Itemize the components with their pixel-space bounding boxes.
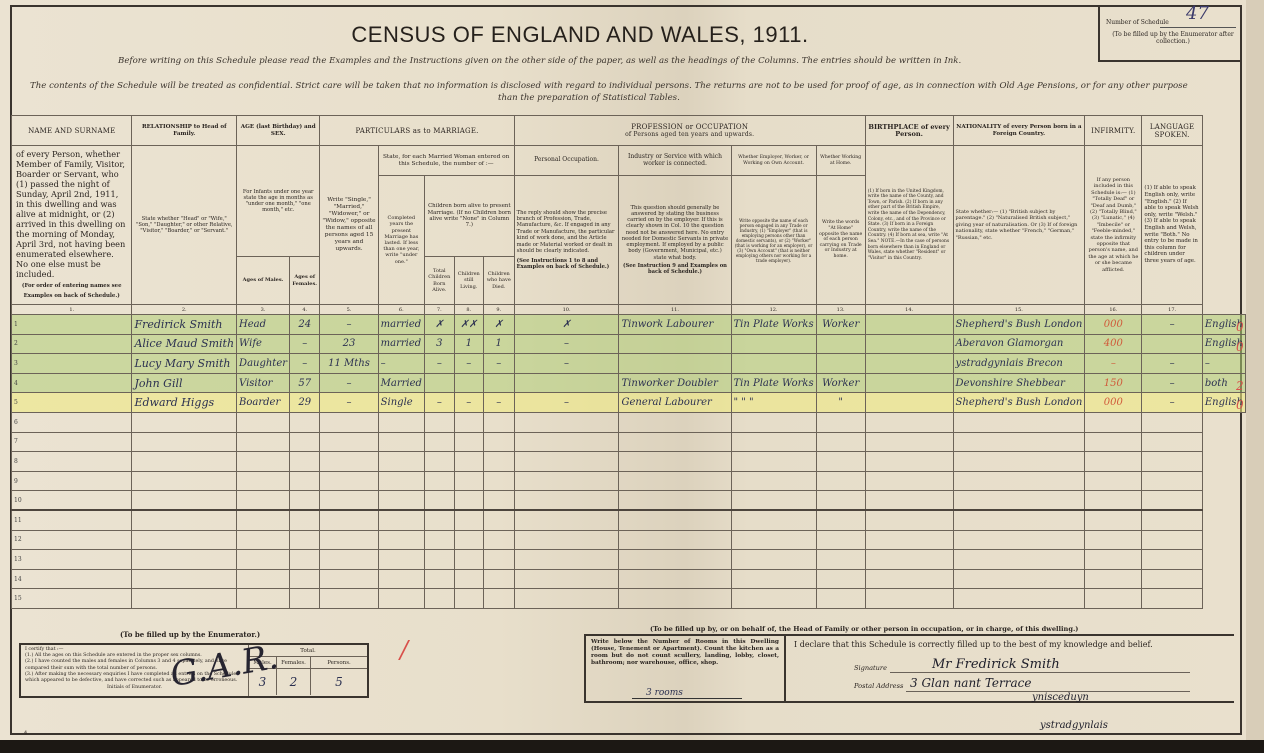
children-born: – — [454, 393, 483, 413]
empty-cell — [1142, 569, 1203, 589]
empty-cell — [1142, 589, 1203, 609]
column-number: 17. — [1142, 305, 1203, 315]
empty-cell — [865, 550, 953, 570]
row-number: 13 — [12, 550, 132, 570]
empty-cell — [731, 432, 816, 452]
row-number: 2 — [12, 334, 132, 354]
age-male: 24 — [290, 315, 320, 335]
empty-cell — [378, 589, 424, 609]
children-died-header: Children who have Died. — [483, 257, 514, 305]
empty-cell — [731, 530, 816, 550]
years-married — [424, 373, 454, 393]
empty-cell — [1085, 471, 1142, 491]
empty-cell — [619, 432, 731, 452]
empty-cell — [619, 569, 731, 589]
persons-total-label: Persons. — [311, 657, 367, 668]
table-row: 7 — [12, 432, 1246, 452]
empty-cell — [320, 589, 378, 609]
empty-cell — [514, 412, 619, 432]
column-number: 1. — [12, 305, 132, 315]
empty-cell — [132, 452, 237, 472]
row-number: 3 — [12, 354, 132, 374]
scan-background — [0, 740, 1264, 753]
empty-cell — [237, 589, 290, 609]
industry — [731, 354, 816, 374]
empty-cell — [953, 530, 1085, 550]
relationship: Visitor — [237, 373, 290, 393]
males-header: Ages of Males. — [237, 257, 290, 305]
empty-cell — [731, 471, 816, 491]
empty-cell — [320, 412, 378, 432]
empty-cell — [619, 491, 731, 511]
empty-cell — [1142, 550, 1203, 570]
column-number: 4. — [290, 305, 320, 315]
nationality: – — [1085, 354, 1142, 374]
empty-cell — [1085, 452, 1142, 472]
empty-cell — [132, 569, 237, 589]
empty-cell — [237, 412, 290, 432]
marital-status: Single — [378, 393, 424, 413]
empty-cell — [816, 412, 865, 432]
empty-cell — [953, 491, 1085, 511]
empty-cell — [132, 432, 237, 452]
total-children-header: Total Children Born Alive. — [424, 257, 454, 305]
header-age: AGE (last Birthday) and SEX. — [237, 116, 320, 146]
empty-cell — [378, 550, 424, 570]
empty-cell — [514, 530, 619, 550]
empty-cell — [953, 471, 1085, 491]
occupation-subtitle: of Persons aged ten years and upwards. — [515, 131, 865, 139]
infirmity: – — [1142, 373, 1203, 393]
empty-cell — [454, 452, 483, 472]
empty-cell — [1142, 412, 1203, 432]
relationship: Daughter — [237, 354, 290, 374]
infirmity — [1142, 334, 1203, 354]
empty-cell — [483, 471, 514, 491]
column-number: 16. — [1085, 305, 1142, 315]
empty-cell — [816, 510, 865, 530]
empty-cell — [1085, 530, 1142, 550]
years-married: 3 — [424, 334, 454, 354]
working-at-home — [865, 315, 953, 335]
industry-header: Industry or Service with which worker is… — [619, 146, 731, 176]
children-description: Children born alive to present Marriage.… — [424, 176, 514, 257]
employer-header: Whether Employer, Worker, or Working on … — [731, 146, 816, 176]
header-birthplace: BIRTHPLACE of every Person. — [865, 116, 953, 146]
table-row: 2Alice Maud SmithWife–23married311–Abera… — [12, 334, 1246, 354]
empty-cell — [731, 452, 816, 472]
empty-cell — [865, 589, 953, 609]
census-schedule-page: CENSUS OF ENGLAND AND WALES, 1911. Befor… — [0, 0, 1246, 740]
empty-cell — [1142, 510, 1203, 530]
empty-cell — [483, 412, 514, 432]
header-infirmity: INFIRMITY. — [1085, 116, 1142, 146]
empty-cell — [378, 530, 424, 550]
age-male: – — [290, 334, 320, 354]
table-row: 6 — [12, 412, 1246, 432]
empty-cell — [454, 530, 483, 550]
children-died: – — [514, 354, 619, 374]
red-margin-marks: 0020 — [1236, 318, 1244, 416]
table-row: 4John GillVisitor57–MarriedTinworker Dou… — [12, 373, 1246, 393]
years-married: – — [424, 393, 454, 413]
table-row: 1Fredirick SmithHead24–married✗✗✗✗✗Tinwo… — [12, 315, 1246, 335]
years-married-description: Completed years the present Marriage has… — [378, 176, 424, 305]
confidential-line-2: than the preparation of Statistical Tabl… — [498, 93, 680, 103]
infirmity: – — [1142, 393, 1203, 413]
row-number: 9 — [12, 471, 132, 491]
empty-cell — [731, 589, 816, 609]
females-total: 2 — [277, 669, 311, 695]
empty-cell — [1085, 491, 1142, 511]
column-number: 7. — [424, 305, 454, 315]
employment-status: Worker — [816, 373, 865, 393]
table-row: 14 — [12, 569, 1246, 589]
person-name: Alice Maud Smith — [132, 334, 237, 354]
industry-text: This question should generally be answer… — [621, 205, 728, 261]
empty-cell — [1142, 432, 1203, 452]
empty-cell — [378, 432, 424, 452]
empty-rows: 6789101112131415 — [12, 412, 1246, 608]
empty-cell — [865, 412, 953, 432]
person-name: Lucy Mary Smith — [132, 354, 237, 374]
empty-cell — [514, 510, 619, 530]
margin-mark — [1236, 357, 1244, 377]
children-born: ✗✗ — [454, 315, 483, 335]
empty-cell — [424, 412, 454, 432]
home-description: Write the words "At Home" opposite the n… — [816, 176, 865, 305]
nationality: 400 — [1085, 334, 1142, 354]
children-died — [514, 373, 619, 393]
header-relationship: RELATIONSHIP to Head of Family. — [132, 116, 237, 146]
home-header: Whether Working at Home. — [816, 146, 865, 176]
address-line-2: ynisceduyn — [1032, 692, 1089, 703]
name-desc-text: of every Person, whether Member of Famil… — [16, 149, 127, 279]
empty-cell — [514, 471, 619, 491]
empty-cell — [237, 550, 290, 570]
empty-cell — [483, 432, 514, 452]
infirmity: – — [1142, 354, 1203, 374]
nationality: 000 — [1085, 315, 1142, 335]
nationality: 150 — [1085, 373, 1142, 393]
empty-cell — [378, 491, 424, 511]
married-woman-description: State, for each Married Woman entered on… — [378, 146, 514, 176]
header-occupation: PROFESSION or OCCUPATION of Persons aged… — [514, 116, 865, 146]
empty-cell — [865, 510, 953, 530]
table-row: 10 — [12, 491, 1246, 511]
empty-cell — [454, 412, 483, 432]
column-number: 10. — [514, 305, 619, 315]
row-number: 1 — [12, 315, 132, 335]
empty-cell — [132, 530, 237, 550]
empty-cell — [953, 550, 1085, 570]
empty-cell — [1142, 452, 1203, 472]
empty-cell — [953, 412, 1085, 432]
empty-cell — [865, 471, 953, 491]
empty-cell — [619, 471, 731, 491]
nationality: 000 — [1085, 393, 1142, 413]
column-number: 3. — [237, 305, 290, 315]
employment-status: " — [816, 393, 865, 413]
schedule-number-label: Number of Schedule — [1106, 19, 1169, 26]
years-married: ✗ — [424, 315, 454, 335]
empty-cell — [953, 452, 1085, 472]
declaration-box: I declare that this Schedule is correctl… — [786, 634, 1234, 703]
name-note: (For order of entering names see Example… — [16, 281, 127, 301]
industry-description: This question should generally be answer… — [619, 176, 731, 305]
empty-cell — [953, 432, 1085, 452]
signature-label: Signature — [854, 664, 887, 672]
margin-mark: 0 — [1236, 338, 1244, 358]
industry-note: (See Instruction 9 and Examples on back … — [621, 263, 728, 275]
language-description: (1) If able to speak English only, write… — [1142, 146, 1203, 305]
row-number: 12 — [12, 530, 132, 550]
age-female: 11 Mths — [320, 354, 378, 374]
signature-line — [890, 672, 1190, 673]
empty-cell — [865, 452, 953, 472]
column-number: 14. — [865, 305, 953, 315]
empty-cell — [816, 550, 865, 570]
empty-cell — [290, 412, 320, 432]
years-married: – — [424, 354, 454, 374]
empty-cell — [424, 471, 454, 491]
rooms-box: Write below the Number of Rooms in this … — [584, 634, 786, 703]
empty-cell — [290, 471, 320, 491]
empty-cell — [1085, 412, 1142, 432]
children-living: 1 — [483, 334, 514, 354]
birthplace: ystradgynlais Brecon — [953, 354, 1085, 374]
confidential-line: The contents of the Schedule will be tre… — [30, 81, 1188, 91]
empty-cell — [290, 550, 320, 570]
marital-description: Write "Single," "Married," "Widower," or… — [320, 146, 378, 305]
working-at-home — [865, 393, 953, 413]
empty-cell — [454, 471, 483, 491]
empty-cell — [1085, 589, 1142, 609]
children-died: – — [514, 393, 619, 413]
margin-mark: 0 — [1236, 318, 1244, 338]
birthplace: Aberavon Glamorgan — [953, 334, 1085, 354]
empty-cell — [424, 491, 454, 511]
empty-cell — [290, 432, 320, 452]
postal-address-label: Postal Address — [854, 682, 903, 690]
empty-cell — [1142, 491, 1203, 511]
empty-cell — [454, 550, 483, 570]
empty-cell — [816, 432, 865, 452]
person-name: John Gill — [132, 373, 237, 393]
empty-cell — [237, 569, 290, 589]
empty-cell — [237, 452, 290, 472]
birthplace-description: (1) If born in the United Kingdom, write… — [865, 146, 953, 305]
empty-cell — [424, 452, 454, 472]
empty-cell — [454, 589, 483, 609]
empty-cell — [132, 491, 237, 511]
empty-cell — [378, 471, 424, 491]
marital-status: – — [378, 354, 424, 374]
empty-cell — [514, 491, 619, 511]
age-description: For Infants under one year state the age… — [237, 146, 320, 257]
empty-cell — [619, 510, 731, 530]
empty-cell — [454, 569, 483, 589]
empty-cell — [237, 530, 290, 550]
empty-cell — [320, 452, 378, 472]
age-female: – — [320, 315, 378, 335]
paper-edge — [1246, 0, 1264, 753]
census-table: NAME AND SURNAME RELATIONSHIP to Head of… — [11, 115, 1246, 609]
age-female: 23 — [320, 334, 378, 354]
table-row: 8 — [12, 452, 1246, 472]
empty-cell — [320, 471, 378, 491]
table-row: 15 — [12, 589, 1246, 609]
schedule-number: 47 — [1186, 10, 1209, 17]
empty-cell — [132, 412, 237, 432]
employment-status — [816, 354, 865, 374]
empty-cell — [953, 569, 1085, 589]
working-at-home — [865, 334, 953, 354]
schedule-number-box: Number of Schedule 47 (To be filled up b… — [1098, 5, 1242, 62]
personal-occupation: Tinwork Labourer — [619, 315, 731, 335]
margin-mark: 2 — [1236, 377, 1244, 397]
column-number: 12. — [731, 305, 816, 315]
working-at-home — [865, 354, 953, 374]
empty-cell — [619, 589, 731, 609]
margin-mark: 0 — [1236, 396, 1244, 416]
row-number: 7 — [12, 432, 132, 452]
empty-cell — [424, 432, 454, 452]
empty-cell — [953, 589, 1085, 609]
row-number: 15 — [12, 589, 132, 609]
row-number: 11 — [12, 510, 132, 530]
infirmity-description: If any person included in this Schedule … — [1085, 146, 1142, 305]
personal-occupation-description: The reply should show the precise branch… — [514, 176, 619, 305]
enumerator-section-title: (To be filled up by the Enumerator.) — [120, 630, 260, 639]
children-born: – — [454, 354, 483, 374]
employer-description: Write opposite the name of each person e… — [731, 176, 816, 305]
empty-cell — [1085, 569, 1142, 589]
column-number: 13. — [816, 305, 865, 315]
empty-cell — [483, 569, 514, 589]
page-marker: 4 — [24, 730, 27, 736]
empty-cell — [1085, 432, 1142, 452]
empty-cell — [619, 412, 731, 432]
signature: Mr Fredirick Smith — [932, 657, 1060, 672]
children-living: – — [483, 393, 514, 413]
empty-cell — [424, 530, 454, 550]
empty-cell — [953, 510, 1085, 530]
nationality-description: State whether:— (1) "British subject by … — [953, 146, 1085, 305]
header-name: NAME AND SURNAME — [12, 116, 132, 146]
empty-cell — [290, 530, 320, 550]
empty-cell — [378, 510, 424, 530]
schedule-number-note: (To be filled up by the Enumerator after… — [1108, 31, 1238, 45]
industry: Tin Plate Works — [731, 373, 816, 393]
empty-cell — [731, 510, 816, 530]
empty-cell — [514, 432, 619, 452]
empty-cell — [454, 432, 483, 452]
empty-cell — [619, 550, 731, 570]
empty-cell — [816, 589, 865, 609]
row-number: 6 — [12, 412, 132, 432]
row-number: 8 — [12, 452, 132, 472]
empty-cell — [731, 412, 816, 432]
empty-cell — [132, 471, 237, 491]
employment-status — [816, 334, 865, 354]
age-male: 57 — [290, 373, 320, 393]
birthplace: Shepherd's Bush London — [953, 315, 1085, 335]
rooms-instructions: Write below the Number of Rooms in this … — [591, 639, 779, 667]
personal-occupation — [619, 354, 731, 374]
children-living-header: Children still Living. — [454, 257, 483, 305]
table-row: 12 — [12, 530, 1246, 550]
personal-occupation — [619, 334, 731, 354]
empty-cell — [320, 550, 378, 570]
industry: " " " — [731, 393, 816, 413]
empty-cell — [454, 510, 483, 530]
empty-cell — [320, 432, 378, 452]
empty-cell — [132, 589, 237, 609]
age-male: 29 — [290, 393, 320, 413]
person-name: Fredirick Smith — [132, 315, 237, 335]
empty-cell — [320, 569, 378, 589]
address-line-3: ystradgynlais — [1040, 720, 1108, 731]
declaration-text: I declare that this Schedule is correctl… — [794, 640, 1153, 649]
empty-cell — [816, 569, 865, 589]
marital-status: Married — [378, 373, 424, 393]
empty-cell — [483, 550, 514, 570]
person-name: Edward Higgs — [132, 393, 237, 413]
personal-occupation-text: The reply should show the precise branch… — [517, 210, 617, 255]
empty-cell — [483, 530, 514, 550]
table-row: 3Lucy Mary SmithDaughter–11 Mths–––––yst… — [12, 354, 1246, 374]
industry: Tin Plate Works — [731, 315, 816, 335]
empty-cell — [1142, 471, 1203, 491]
empty-cell — [816, 491, 865, 511]
empty-cell — [816, 530, 865, 550]
occupation-title: PROFESSION or OCCUPATION — [515, 123, 865, 131]
empty-cell — [816, 452, 865, 472]
row-number: 5 — [12, 393, 132, 413]
empty-cell — [290, 452, 320, 472]
marital-status: married — [378, 315, 424, 335]
empty-cell — [483, 510, 514, 530]
empty-cell — [290, 510, 320, 530]
age-female: – — [320, 393, 378, 413]
empty-cell — [619, 530, 731, 550]
column-number: 8. — [454, 305, 483, 315]
age-female: – — [320, 373, 378, 393]
personal-occupation-header: Personal Occupation. — [514, 146, 619, 176]
header-nationality: NATIONALITY of every Person born in a Fo… — [953, 116, 1085, 146]
infirmity: – — [1142, 315, 1203, 335]
empty-cell — [731, 491, 816, 511]
empty-cell — [454, 491, 483, 511]
row-number: 14 — [12, 569, 132, 589]
persons-total: 5 — [311, 669, 367, 695]
females-header: Ages of Females. — [290, 257, 320, 305]
empty-cell — [290, 491, 320, 511]
empty-cell — [320, 530, 378, 550]
relationship: Wife — [237, 334, 290, 354]
empty-cell — [378, 452, 424, 472]
empty-cell — [483, 589, 514, 609]
children-living — [483, 373, 514, 393]
industry — [731, 334, 816, 354]
header-language: LANGUAGE SPOKEN. — [1142, 116, 1203, 146]
children-living: ✗ — [483, 315, 514, 335]
birthplace: Devonshire Shebbear — [953, 373, 1085, 393]
rooms-count: 3 rooms — [632, 688, 742, 699]
person-rows: 1Fredirick SmithHead24–married✗✗✗✗✗Tinwo… — [12, 315, 1246, 413]
empty-cell — [514, 569, 619, 589]
